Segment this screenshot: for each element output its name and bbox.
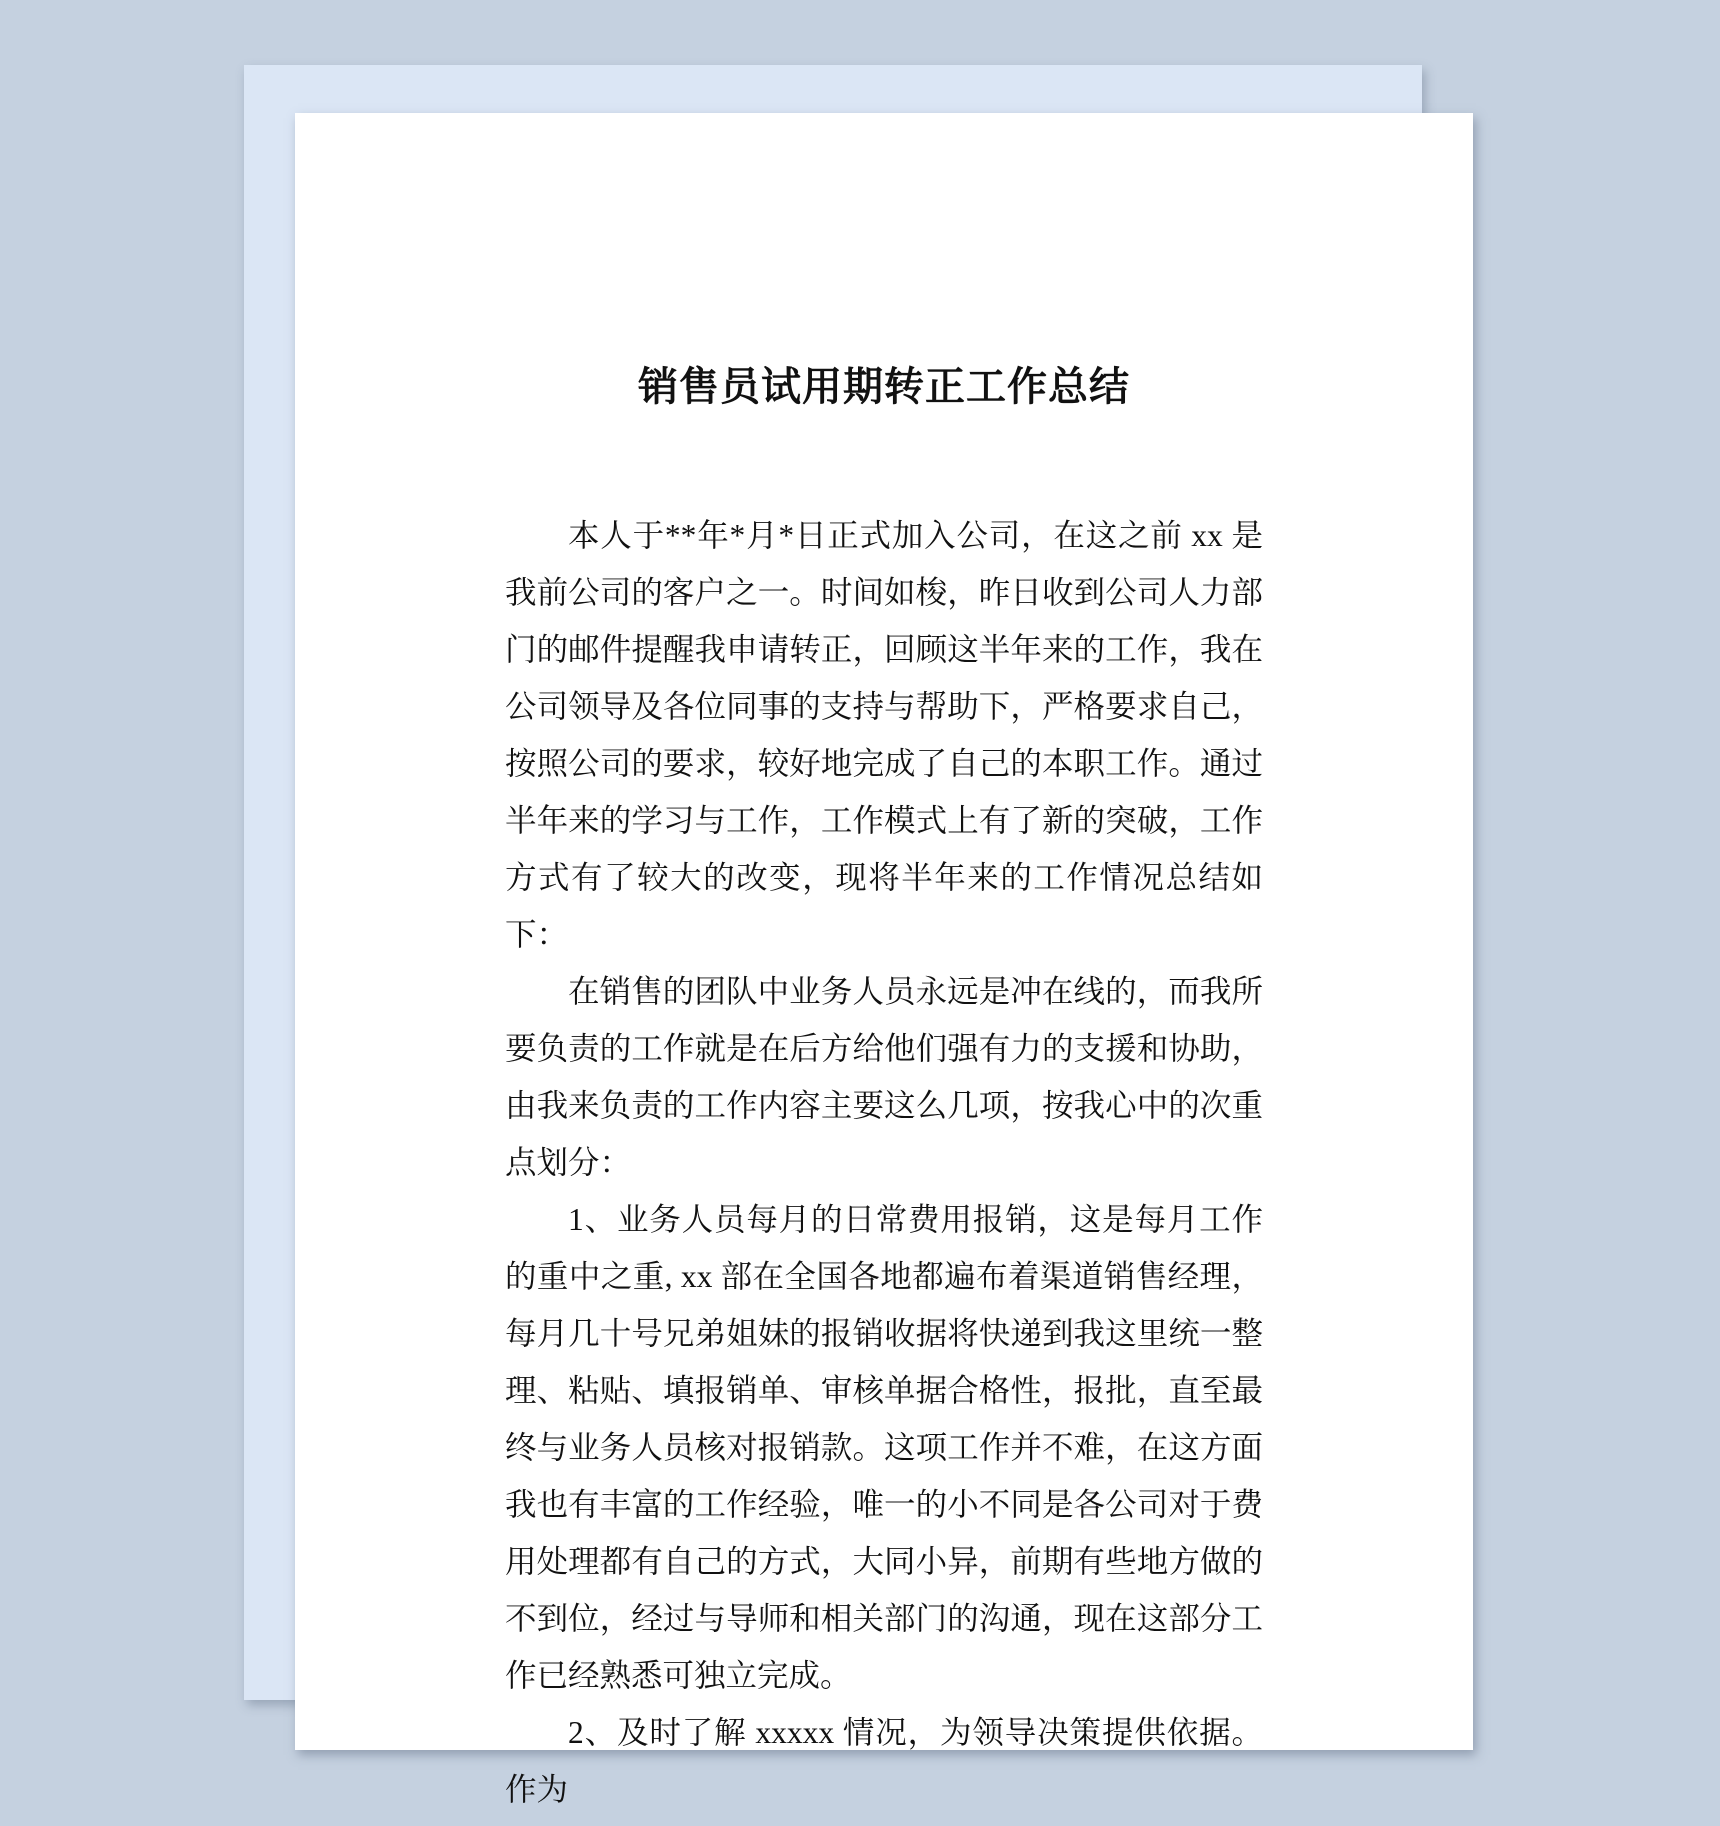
document-title: 销售员试用期转正工作总结 — [505, 363, 1263, 411]
document-preview-canvas: 销售员试用期转正工作总结 本人于**年*月*日正式加入公司，在这之前 xx 是我… — [0, 0, 1720, 1826]
paragraph-team-role: 在销售的团队中业务人员永远是冲在线的，而我所要负责的工作就是在后方给他们强有力的… — [505, 963, 1263, 1191]
document-page: 销售员试用期转正工作总结 本人于**年*月*日正式加入公司，在这之前 xx 是我… — [295, 113, 1473, 1750]
document-body: 本人于**年*月*日正式加入公司，在这之前 xx 是我前公司的客户之一。时间如梭… — [505, 507, 1263, 1818]
paragraph-intro: 本人于**年*月*日正式加入公司，在这之前 xx 是我前公司的客户之一。时间如梭… — [505, 507, 1263, 963]
paragraph-item-1: 1、业务人员每月的日常费用报销，这是每月工作的重中之重, xx 部在全国各地都遍… — [505, 1191, 1263, 1704]
paragraph-item-2: 2、及时了解 xxxxx 情况，为领导决策提供依据。作为 — [505, 1704, 1263, 1818]
